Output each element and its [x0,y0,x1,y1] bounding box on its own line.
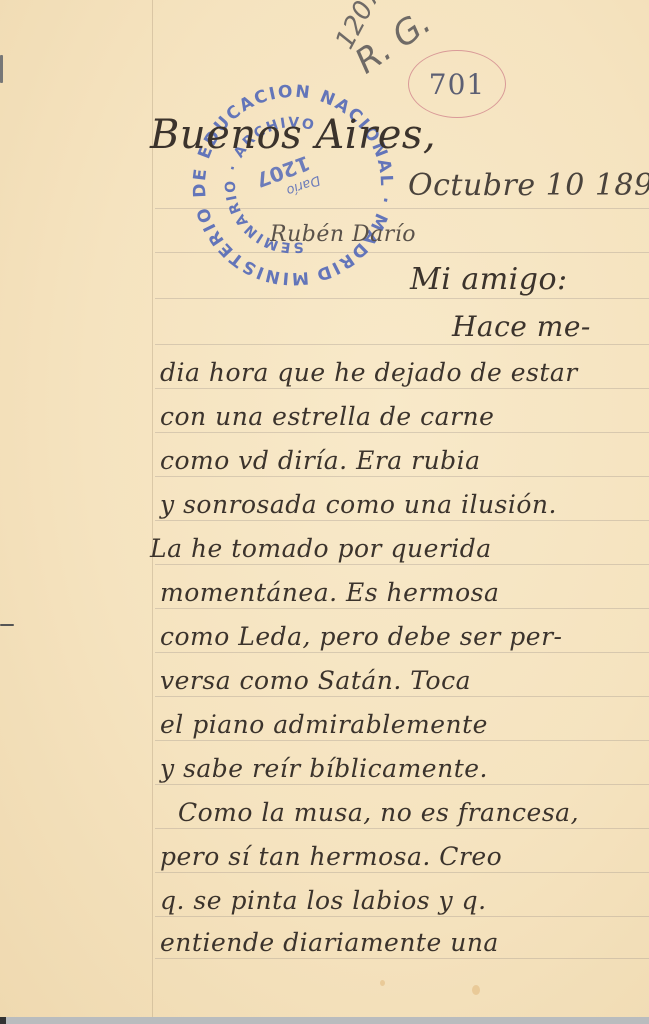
scan-corner-mark [0,1017,6,1024]
place-line: Buenos Aires, [150,112,436,158]
body-line: el piano admirablemente [160,710,488,746]
reference-number-oval: 701 [408,50,506,118]
ruled-line [155,344,649,345]
edge-mark [0,624,14,626]
body-line: y sabe reír bíblicamente. [160,754,488,790]
body-line: con una estrella de carne [160,402,494,438]
scan-border [0,1017,649,1024]
edge-mark [0,55,3,83]
body-line: entiende diariamente una [160,928,499,964]
reference-number: 701 [429,68,485,101]
body-line: versa como Satán. Toca [160,666,471,702]
addressee-line: Rubén Darío [270,222,416,247]
body-line: momentánea. Es hermosa [160,578,499,614]
body-line: como Leda, pero debe ser per- [160,622,562,658]
body-line: dia hora que he dejado de estar [160,358,578,394]
letter-page: 1207 N R. G. 701 MINISTERIO DE EDUCACION… [0,0,649,1017]
body-line: Hace me- [452,310,591,343]
body-line: Como la musa, no es francesa, [178,798,579,834]
body-line: y sonrosada como una ilusión. [160,490,557,526]
body-line: La he tomado por querida [150,534,492,570]
foxing-spot [380,980,385,986]
foxing-spot [472,985,480,995]
date-line: Octubre 10 1897 [408,168,649,203]
body-line: como vd diría. Era rubia [160,446,481,482]
ruled-line [155,298,649,299]
body-line: q. se pinta los labios y q. [160,886,487,922]
salutation: Mi amigo: [410,262,568,297]
body-line: pero sí tan hermosa. Creo [160,842,502,878]
